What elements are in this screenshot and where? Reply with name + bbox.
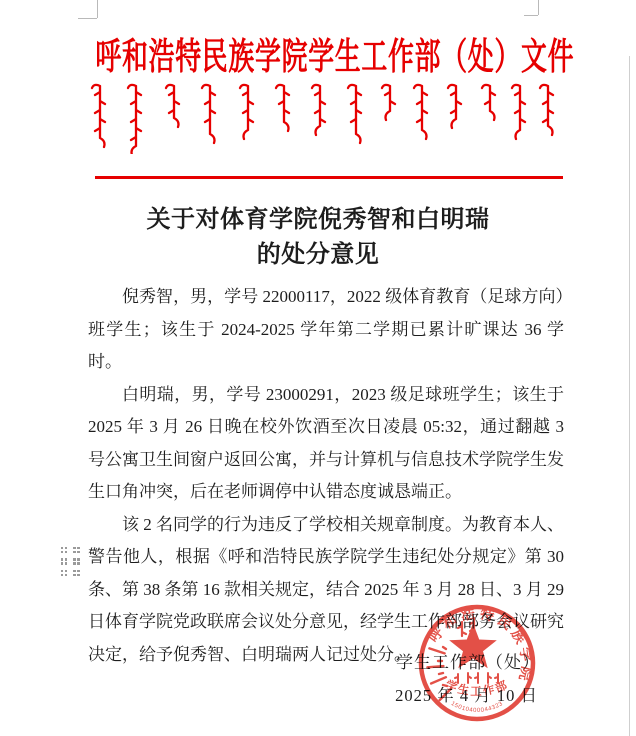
svg-text:15010400044323: 15010400044323 (450, 701, 505, 714)
margin-crop-mark-top-left (78, 18, 97, 19)
drag-handle-dot (61, 570, 67, 576)
margin-crop-mark-top-left (97, 0, 98, 18)
seal-serial-number: 15010400044323 (450, 701, 505, 714)
drag-handle-dot (73, 570, 79, 576)
drag-handle-dot (61, 558, 67, 564)
document-page: 呼和浩特民族学院学生工作部（处）文件 关于对体育学院倪秀智和白明瑞 的处分意见 … (0, 0, 636, 736)
seal-star (449, 623, 497, 668)
paragraph-student2: 白明瑞，男，学号 23000291，2023 级足球班学生；该生于 2025 年… (88, 379, 564, 509)
margin-crop-mark-top-right (538, 0, 539, 15)
red-separator-rule (95, 176, 563, 179)
seal-mongolian-mid-script (455, 673, 498, 683)
drag-handle-dot (73, 547, 79, 553)
page-edge-line (629, 56, 630, 736)
paragraph-drag-handle[interactable] (61, 547, 80, 576)
official-seal: 呼和浩特民族学院 学生工作部 15010400044323 (402, 590, 572, 736)
drag-handle-dot (73, 558, 79, 564)
document-title: 关于对体育学院倪秀智和白明瑞 的处分意见 (0, 203, 636, 273)
document-title-line1: 关于对体育学院倪秀智和白明瑞 (0, 203, 636, 238)
drag-handle-dot (61, 547, 67, 553)
mongolian-script-row (0, 82, 636, 154)
document-title-line2: 的处分意见 (0, 238, 636, 273)
letterhead-title: 呼和浩特民族学院学生工作部（处）文件 (95, 26, 540, 80)
margin-crop-mark-top-right (524, 15, 538, 16)
paragraph-student1: 倪秀智，男，学号 22000117，2022 级体育教育（足球方向）班学生；该生… (88, 281, 564, 379)
